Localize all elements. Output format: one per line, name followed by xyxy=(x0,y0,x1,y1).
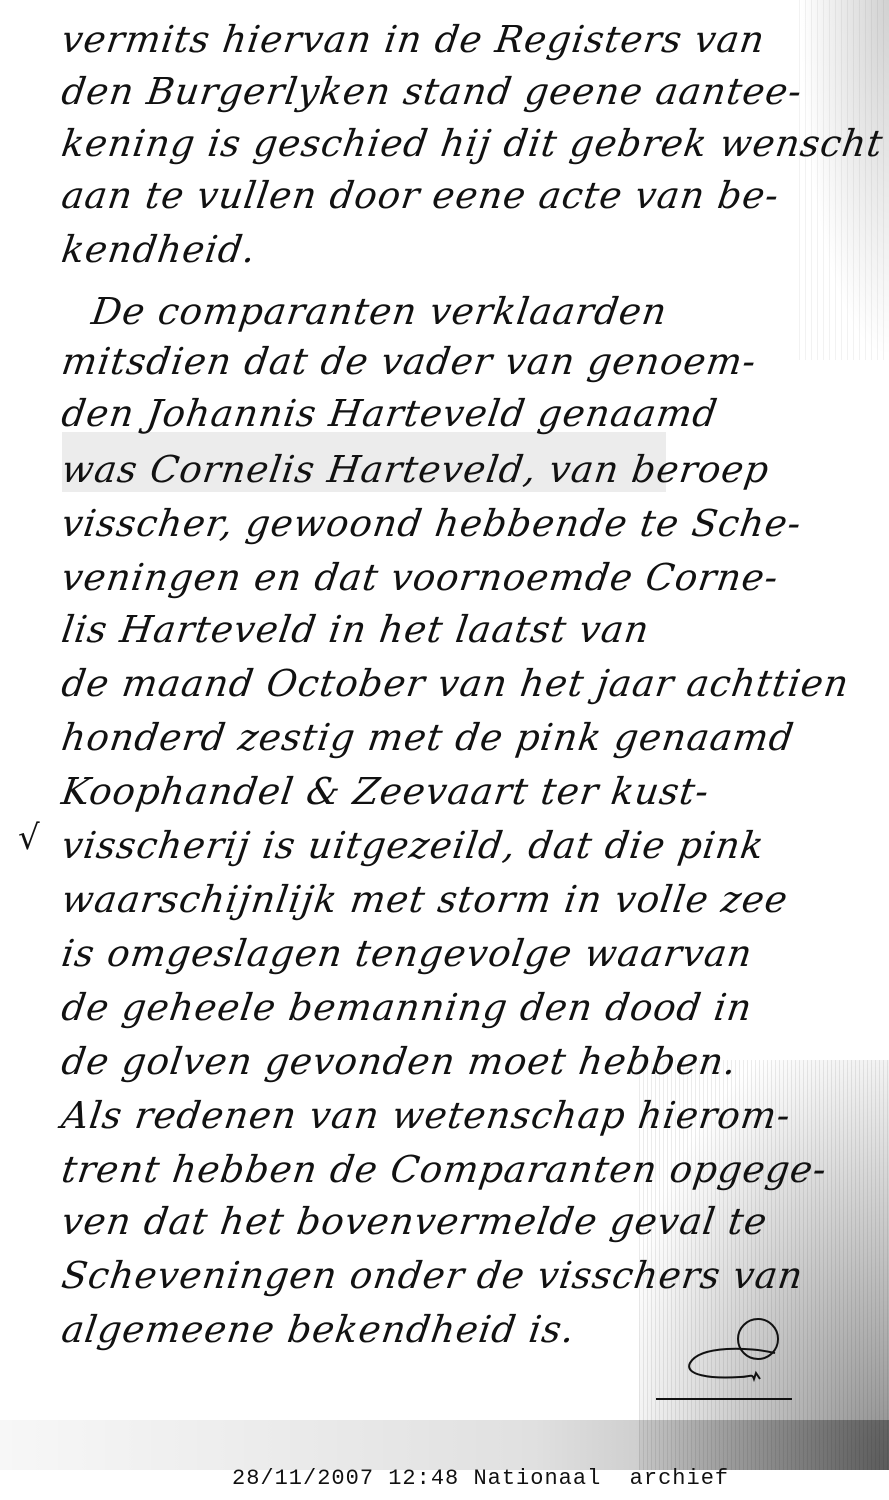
text-line: de geheele bemanning den dood in xyxy=(59,986,755,1029)
text-line: honderd zestig met de pink genaamd xyxy=(59,716,797,759)
text-line: visscherij is uitgezeild, dat die pink xyxy=(59,824,767,867)
text-line: kendheid. xyxy=(59,228,259,271)
text-line: vermits hiervan in de Registers van xyxy=(59,18,768,61)
text-line: waarschijnlijk met storm in volle zee xyxy=(59,878,791,921)
text-line: mitsdien dat de vader van genoem- xyxy=(59,340,759,383)
signature-paraph-icon xyxy=(680,1315,800,1395)
scanned-page: vermits hiervan in de Registers vanden B… xyxy=(0,0,889,1500)
scan-shadow-bottom xyxy=(0,1420,889,1470)
signature-underline xyxy=(656,1398,792,1400)
text-line: den Burgerlyken stand geene aantee- xyxy=(59,70,805,113)
footer-date: 28/11/2007 xyxy=(232,1466,374,1491)
text-line: kening is geschied hij dit gebrek wensch… xyxy=(59,122,886,165)
text-line: de maand October van het jaar achttien xyxy=(59,662,852,705)
text-line: Als redenen van wetenschap hierom- xyxy=(59,1094,794,1137)
text-line: de golven gevonden moet hebben. xyxy=(59,1040,740,1083)
footer-source: Nationaal archief xyxy=(473,1466,729,1491)
text-line: ven dat het bovenvermelde geval te xyxy=(59,1200,770,1243)
text-line: was Cornelis Harteveld, van beroep xyxy=(59,448,772,491)
text-line: Koophandel & Zeevaart ter kust- xyxy=(59,770,712,813)
text-line: is omgeslagen tengevolge waarvan xyxy=(59,932,755,975)
text-line: algemeene bekendheid is. xyxy=(59,1308,578,1351)
text-line: De comparanten verklaarden xyxy=(89,290,670,333)
footer-time: 12:48 xyxy=(388,1466,459,1491)
text-line: lis Harteveld in het laatst van xyxy=(59,608,652,651)
text-line: veningen en dat voornoemde Corne- xyxy=(59,556,781,599)
margin-check-mark: √ xyxy=(18,818,40,858)
text-line: aan te vullen door eene acte van be- xyxy=(59,174,782,217)
fax-footer: 28/11/2007 12:48 Nationaal archief xyxy=(232,1466,729,1491)
text-line: Scheveningen onder de visschers van xyxy=(59,1254,806,1297)
text-line: visscher, gewoond hebbende te Sche- xyxy=(59,502,804,545)
text-line: den Johannis Harteveld genaamd xyxy=(59,392,721,435)
text-line: trent hebben de Comparanten opgege- xyxy=(59,1148,830,1191)
scan-shadow-top xyxy=(799,0,889,360)
